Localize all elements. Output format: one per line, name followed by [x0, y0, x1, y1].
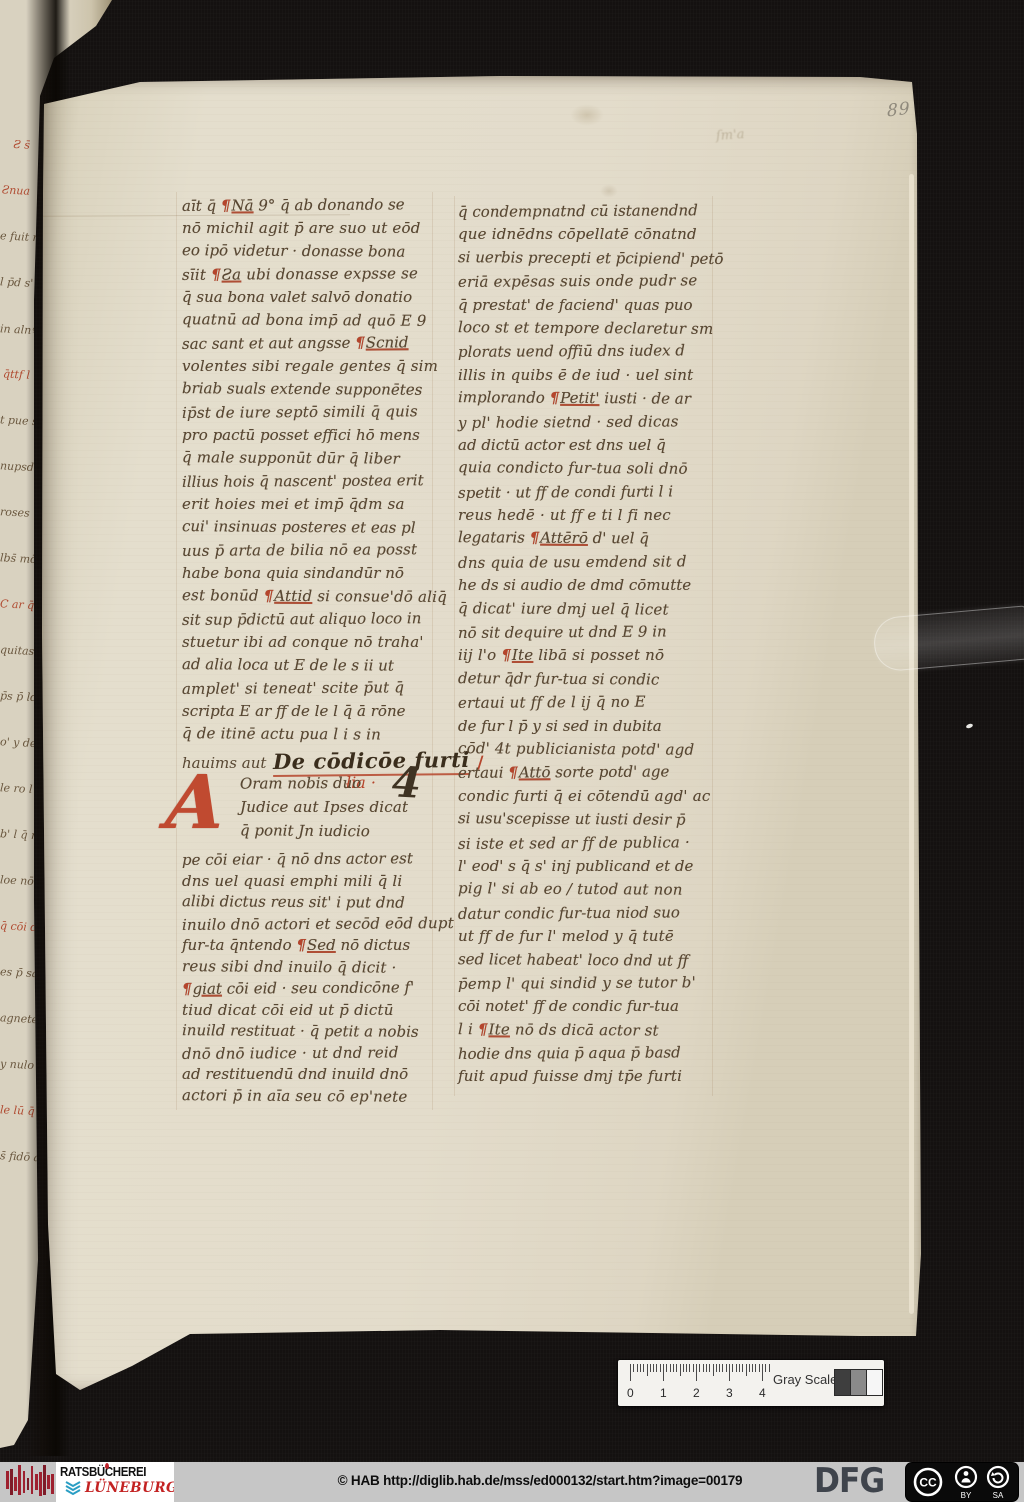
svg-text:BY: BY [961, 1491, 972, 1500]
manuscript-line: fur-ta q̄ntendo ¶Sed nō dictus [182, 936, 434, 958]
svg-text:SA: SA [993, 1491, 1004, 1500]
ruler-label: Gray Scale [773, 1372, 837, 1387]
ruler-tick [699, 1364, 700, 1372]
right-text-column: q̄ condempnatnd cū istanendndque idnēdns… [458, 202, 714, 1091]
manuscript-line: q̄ dicat' iure dmj uel q̄ licet [458, 599, 714, 624]
manuscript-line: fuit apud fuisse dmj tp̄e furti [458, 1067, 714, 1090]
manuscript-line: ertaui ¶Attō sorte potd' age [458, 762, 714, 787]
manuscript-line: habe bona quia sindandūr nō [182, 564, 434, 587]
manuscript-line: plorats uend offiū dns iudex d [458, 341, 714, 366]
gray-patch-dark [834, 1369, 851, 1396]
svg-text:CC: CC [919, 1476, 937, 1490]
library-logo-bars [6, 1464, 54, 1500]
dust-speck [966, 723, 974, 729]
manuscript-line: p̄emp l' qui sindid y se tutor b' [458, 973, 714, 998]
library-name-line2: LÜNEBURG [85, 1480, 174, 1496]
manuscript-line: illius hois q̄ nascent' postea erit [182, 471, 434, 496]
logo-bar [39, 1472, 42, 1496]
left-text-column-bottom: pe cōi eiar · q̄ nō dns actor estdns uel… [182, 850, 434, 1108]
manuscript-line: ut ff de fur l' melod y q̄ tutē [458, 927, 714, 950]
ruler-tick [660, 1364, 661, 1372]
manuscript-line: q̄ prestat' de faciend' quas puo [458, 296, 714, 319]
manuscript-line: briab suals extende supponētes [182, 379, 434, 404]
manuscript-line: cōi notet' ff de condic fur-tua [458, 997, 714, 1020]
manuscript-line: pe cōi eiar · q̄ nō dns actor est [182, 849, 434, 872]
ruler-tick [666, 1364, 667, 1372]
logo-bar [10, 1469, 13, 1495]
ruler-tick [716, 1364, 717, 1372]
manuscript-line: quatnū ad bona imp̄ ad quō E 9 [182, 310, 434, 335]
manuscript-line: inuilo dnō actori et secōd eōd dupt [182, 914, 434, 937]
manuscript-line: aīt q̄ ¶Nā 9° q̄ ab donando se [182, 195, 434, 220]
ruler-tick [746, 1364, 747, 1376]
folio-number: 89 [887, 99, 911, 122]
ruler-tick [726, 1364, 727, 1372]
manuscript-line: pro pactū posset effici hō mens [182, 426, 434, 449]
manuscript-line: dns quia de usu emdend sit d [458, 552, 714, 577]
manuscript-line: si iste et sed ar ff de publica · [458, 833, 714, 858]
ruler-tick [752, 1364, 753, 1372]
ruler-tick [683, 1364, 684, 1372]
cc-by-sa-icons: CC BY SA [906, 1463, 1018, 1501]
ruler-tick [640, 1364, 641, 1372]
ruler-tick [742, 1364, 743, 1372]
logo-bar [35, 1474, 38, 1490]
gray-patch-mid [851, 1369, 867, 1396]
manuscript-line: alibi dictus reus sit' i put dnd [182, 892, 434, 915]
manuscript-line: illis in quibs ē de iud · uel sint [458, 366, 714, 389]
manuscript-line: l i ¶Ite nō ds dicā actor st [458, 1020, 714, 1045]
manuscript-line: sed licet habeat' loco dnd ut ff [458, 950, 714, 975]
ruler-tick [670, 1364, 671, 1372]
manuscript-line: dns uel quasi emphi mili q̄ li [182, 872, 434, 894]
manuscript-line: uus p̄ arta de bilia nō ea posst [182, 540, 434, 565]
manuscript-line: volentes sibi regale gentes q̄ sim [182, 357, 434, 380]
ruler-tick [739, 1364, 740, 1372]
cc-sa-icon [988, 1467, 1008, 1487]
gray-patch-white [867, 1369, 883, 1396]
ruler-tick [709, 1364, 710, 1372]
ruler-tick [673, 1364, 674, 1372]
manuscript-line: sac sant et aut angsse ¶Scnid [182, 333, 434, 358]
rubric-heading-row: hauims aut De cōdicōe furti ∕ [182, 748, 483, 776]
manuscript-line: scripta E ar ff de le l q̄ ā rōne [182, 702, 434, 725]
manuscript-line: tiud dicat cōi eid ut p̄ dictū [182, 1001, 434, 1023]
ruler-tick-label: 1 [660, 1386, 667, 1400]
ruler-tick [643, 1364, 644, 1372]
ruler-tick [769, 1364, 770, 1372]
gray-scale-ruler: Gray Scale 01234 [618, 1360, 884, 1406]
ghost-offset-text: ſm'a [716, 127, 745, 144]
ruler-tick [633, 1364, 634, 1372]
manuscript-line: que idnēdns cōpellatē cōnatnd [458, 225, 714, 248]
manuscript-line: q̄ male supponūt dūr q̄ liber [182, 448, 434, 473]
logo-bar [23, 1471, 26, 1493]
ruler-tick [755, 1364, 756, 1372]
logo-bar [18, 1465, 21, 1495]
logo-bar [14, 1477, 17, 1491]
manuscript-line: q̄ ponit Jn iudicio [240, 821, 436, 846]
manuscript-line: loco st et tempore declaretur sm [458, 318, 714, 343]
ruler-tick [749, 1364, 750, 1372]
manuscript-line: eriā expēsas suis onde pudr se [458, 271, 714, 296]
ruler-tick [656, 1364, 657, 1372]
ruler-tick [736, 1364, 737, 1372]
manuscript-line: implorando ¶Petit' iusti · de ar [458, 388, 714, 413]
ruler-tick [762, 1364, 763, 1381]
manuscript-line: legataris ¶Attērō d' uel q̄ [458, 529, 714, 554]
cc-by-icon [956, 1467, 976, 1487]
logo-bar [43, 1465, 46, 1495]
ruler-tick [719, 1364, 720, 1372]
page-edge-highlight [909, 174, 914, 1314]
manuscript-line: erit hoies mei et imp̄ q̄dm sa [182, 495, 434, 518]
manuscript-line: ertaui ut ff de l ij q̄ no E [458, 692, 714, 717]
manuscript-line: dnō dnō iudice · ut dnd reid [182, 1043, 434, 1066]
library-logo: RATSBÜCHEREI LÜNEBURG [56, 1462, 174, 1502]
manuscript-line: si usu'scepisse ut iusti desir p̄ [458, 809, 714, 834]
decorated-initial: A [164, 768, 226, 838]
manuscript-line: pig l' si ab eo / tutod aut non [458, 879, 714, 904]
ruler-tick [729, 1364, 730, 1381]
ruler-tick [693, 1364, 694, 1372]
manuscript-line: cui' insinuas posteres et eas pl [182, 517, 434, 542]
manuscript-line: stuetur ibi ad conque nō traha' [182, 633, 434, 656]
manuscript-line: q̄ de itinē actu pua l i s in [182, 724, 434, 749]
ruler-tick [732, 1364, 733, 1372]
manuscript-line: reus hedē · ut ff e ti l fi nec [458, 506, 714, 529]
ruler-tick [653, 1364, 654, 1372]
manuscript-line: de fur l p̄ y si sed in dubita [458, 717, 714, 740]
manuscript-line: ad dictū actor est dns uel q̄ [458, 436, 714, 459]
ruling-line [454, 196, 455, 1096]
ruler-tick [703, 1364, 704, 1372]
manuscript-line: ¶giat cōi eid · seu condicōne f' [182, 978, 434, 1001]
manuscript-line: sit sup p̄dictū aut aliquo loco in [182, 609, 434, 634]
manuscript-line: ad alia loca ut E de le s ii ut [182, 655, 434, 680]
ruler-tick [706, 1364, 707, 1372]
ruler-tick [759, 1364, 760, 1372]
manuscript-line: detur q̄dr fur-tua si condic [458, 669, 714, 694]
ruling-line [176, 192, 177, 1110]
manuscript-line: amplet' si teneat' scite p̄ut q̄ [182, 678, 434, 703]
manuscript-line: reus sibi dnd inuilo q̄ dicit · [182, 957, 434, 980]
digitized-manuscript-viewer: Ƨ s̄Ƨnuae fuit nōl p̄d s' min alnꝰ p̄q̄t… [0, 0, 1024, 1502]
ruler-tick [650, 1364, 651, 1372]
manuscript-line: sīit ¶Ƨa ubi donasse expsse se [182, 264, 434, 289]
ruler-tick-label: 2 [693, 1386, 700, 1400]
manuscript-line: hodie dns quia p̄ aqua p̄ basd [458, 1043, 714, 1068]
footer-bar: RATSBÜCHEREI LÜNEBURG © HAB http://digli… [0, 1462, 1024, 1502]
stain [570, 104, 604, 126]
manuscript-line: l' eod' s q̄ s' inj publicand et de [458, 857, 714, 880]
ruler-tick [680, 1364, 681, 1376]
manuscript-line: nō michil agit p̄ are suo ut eōd [182, 219, 434, 242]
manuscript-line: inuild restituat · q̄ petit a nobis [182, 1021, 434, 1044]
ruler-tick [637, 1364, 638, 1372]
ruler-tick-label: 4 [759, 1386, 766, 1400]
manuscript-line: datur condic fur-tua niod suo [458, 903, 714, 928]
manuscript-line: quia condicto fur-tua soli dnō [458, 458, 714, 483]
logo-bar [51, 1474, 54, 1494]
cc-license-badge: CC BY SA [906, 1463, 1018, 1501]
manuscript-line: ip̄st de iure septō simili q̄ quis [182, 402, 434, 427]
umlaut-drop-icon [105, 1463, 109, 1469]
manuscript-line: condic furti q̄ ei cōtendū agd' ac [458, 787, 714, 810]
manuscript-line: y pl' hodie sietnd · sed dicas [458, 412, 714, 437]
ruler-tick [630, 1364, 631, 1381]
ruler-tick [686, 1364, 687, 1372]
manuscript-line: spetit · ut ff de condi furti l i [458, 482, 714, 507]
ruler-tick [696, 1364, 697, 1381]
manuscript-line: actori p̄ in aīa seu cō ep'nete [182, 1086, 434, 1109]
manuscript-line: iij l'o ¶Ite libā si posset nō [458, 646, 714, 669]
manuscript-line: si uerbis precepti et p̄cipiend' petō [458, 248, 714, 273]
book-waves-icon [64, 1480, 82, 1496]
manuscript-line: nō sit dequire ut dnd E 9 in [458, 622, 714, 647]
manuscript-line: he ds si audio de dmd cōmutte [458, 576, 714, 599]
dfg-logo: DFG [814, 1461, 884, 1501]
copyright-text: © HAB http://diglib.hab.de/mss/ed000132/… [320, 1473, 760, 1488]
ruler-tick [765, 1364, 766, 1372]
ruler-tick [722, 1364, 723, 1372]
manuscript-line: eo ipō videtur · donasse bona [182, 241, 434, 266]
manuscript-line: Oram nobis duo [240, 773, 436, 798]
ruler-tick [647, 1364, 648, 1376]
ruler-tick-label: 3 [726, 1386, 733, 1400]
logo-bar [27, 1478, 30, 1490]
manuscript-line: q̄ condempnatnd cū istanendnd [458, 201, 714, 226]
manuscript-line: ad restituendū dnd inuild dnō [182, 1065, 434, 1087]
manuscript-line: est bonūd ¶Attid si consue'dō aliq̄ [182, 586, 434, 611]
ruler-tick [676, 1364, 677, 1372]
ruler-tick-label: 0 [627, 1386, 634, 1400]
logo-bar [6, 1471, 9, 1489]
ruler-tick [713, 1364, 714, 1376]
manuscript-page: 89 ſm'a aīt q̄ ¶Nā 9° q̄ ab donando senō… [40, 74, 922, 1396]
library-name-line1: RATSBÜCHEREI [60, 1465, 146, 1479]
logo-bar [47, 1475, 50, 1489]
gray-scale-patches [834, 1369, 883, 1396]
logo-bar [31, 1466, 34, 1494]
stain [600, 184, 618, 198]
library-name-row2: LÜNEBURG [64, 1480, 174, 1496]
ruler-tick [663, 1364, 664, 1381]
left-text-column: aīt q̄ ¶Nā 9° q̄ ab donando senō michil … [182, 196, 434, 748]
manuscript-line: Judice aut Ipses dicat [240, 798, 436, 822]
left-column-initial-lines: Oram nobis duoJudice aut Ipses dicatq̄ p… [240, 774, 436, 846]
manuscript-line: cōd' 4t publicianista potd' agd [458, 739, 714, 764]
manuscript-line: q̄ sua bona valet salvō donatio [182, 288, 434, 311]
ruler-tick [689, 1364, 690, 1372]
